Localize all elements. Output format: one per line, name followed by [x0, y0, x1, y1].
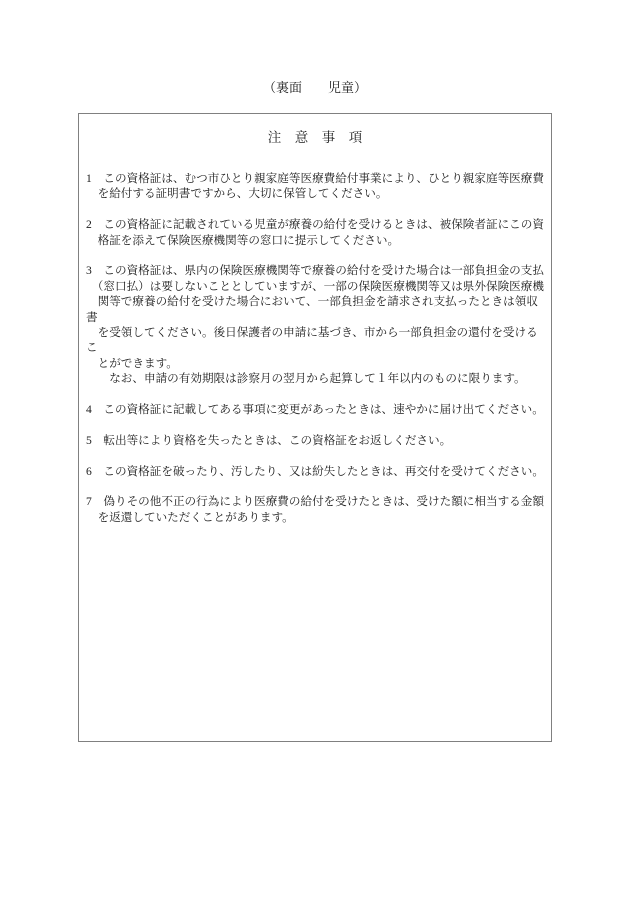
page-side-label: （裏面 児童） — [0, 80, 630, 96]
notice-item-4: 4 この資格証に記載してある事項に変更があったときは、速やかに届け出てください。 — [86, 402, 544, 417]
notice-item-7: 7 偽りその他不正の行為により医療費の給付を受けたときは、受けた額に相当する金額… — [86, 494, 544, 525]
document-page: （裏面 児童） 注 意 事 項 1 この資格証は、むつ市ひとり親家庭等医療費給付… — [0, 0, 630, 903]
notice-box: 注 意 事 項 1 この資格証は、むつ市ひとり親家庭等医療費給付事業により、ひと… — [78, 113, 552, 742]
notice-item-2: 2 この資格証に記載されている児童が療養の給付を受けるときは、被保険者証にこの資… — [86, 217, 544, 248]
notice-item-3: 3 この資格証は、県内の保険医療機関等で療養の給付を受けた場合は一部負担金の支払… — [86, 263, 544, 386]
notice-item-5: 5 転出等により資格を失ったときは、この資格証をお返しください。 — [86, 433, 544, 448]
notice-items: 1 この資格証は、むつ市ひとり親家庭等医療費給付事業により、ひとり親家庭等医療費… — [86, 171, 544, 525]
notice-box-title: 注 意 事 項 — [79, 130, 551, 145]
notice-item-6: 6 この資格証を破ったり、汚したり、又は紛失したときは、再交付を受けてください。 — [86, 464, 544, 479]
notice-item-1: 1 この資格証は、むつ市ひとり親家庭等医療費給付事業により、ひとり親家庭等医療費… — [86, 171, 544, 202]
